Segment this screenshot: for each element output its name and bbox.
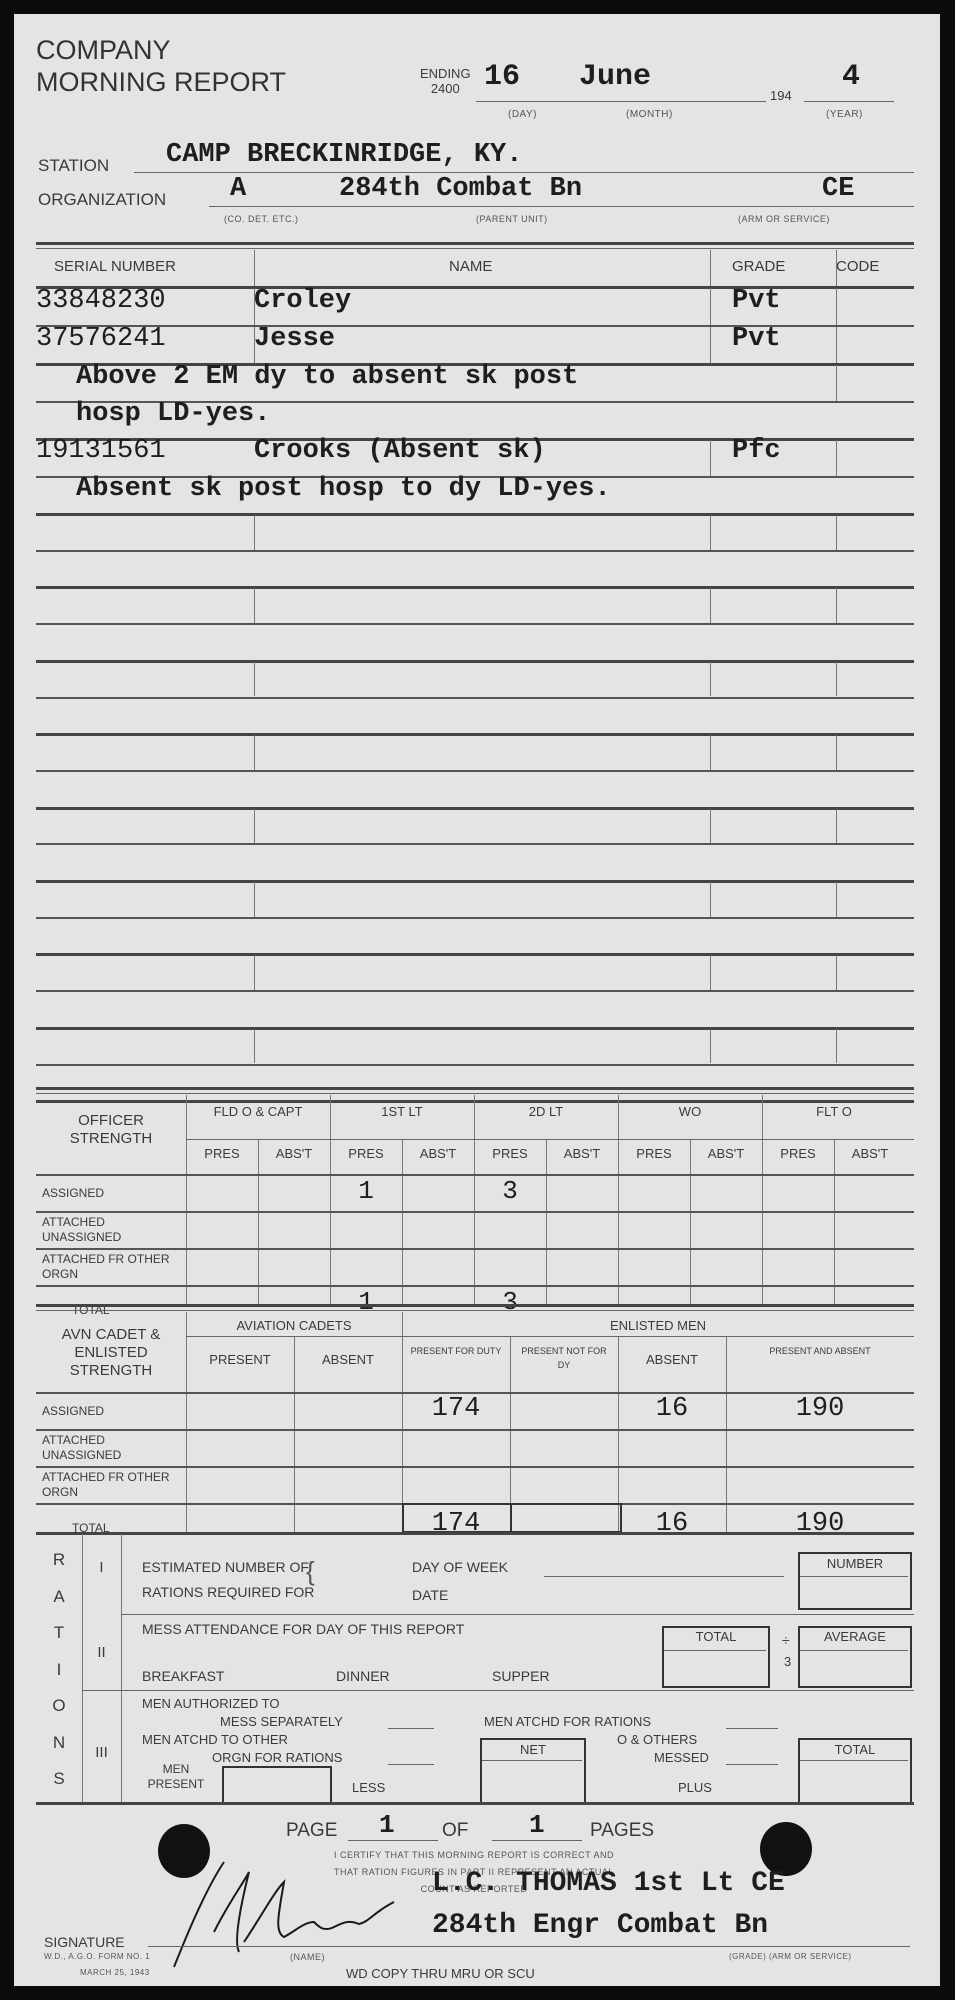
row-line	[36, 1211, 914, 1213]
organization-company: A	[230, 174, 246, 204]
enlisted-cell[interactable]: 174	[402, 1394, 510, 1424]
dinner-label: DINNER	[336, 1668, 390, 1684]
divider	[254, 288, 255, 326]
page-total: 1	[529, 1810, 545, 1840]
box-divider	[664, 1650, 766, 1651]
divider	[834, 1139, 835, 1304]
less-label: LESS	[352, 1780, 385, 1795]
divider	[254, 735, 255, 770]
men-present-box[interactable]	[222, 1766, 332, 1804]
row-line	[36, 953, 914, 956]
divider	[710, 882, 711, 917]
officer-group-0: FLD O & CAPT	[186, 1104, 330, 1119]
row-line	[36, 623, 914, 625]
page-number: 1	[379, 1810, 395, 1840]
divider	[186, 1095, 187, 1304]
rations-letter: T	[36, 1623, 82, 1643]
breakfast-label: BREAKFAST	[142, 1668, 224, 1684]
row3-serial: 19131561	[36, 436, 166, 466]
officer-subheader: ABS'T	[546, 1146, 618, 1161]
divider	[710, 588, 711, 623]
row-line	[36, 1100, 914, 1103]
section-divider	[36, 1093, 914, 1094]
mess-separately-field[interactable]	[388, 1728, 434, 1729]
divider	[836, 1029, 837, 1064]
title-line1: COMPANY	[36, 34, 286, 66]
organization-label: ORGANIZATION	[38, 190, 166, 210]
divider	[510, 1503, 512, 1531]
other-orgn-label1: MEN ATCHD TO OTHER	[142, 1732, 288, 1747]
divider	[836, 515, 837, 550]
enlisted-col-header: PRESENT NOT FOR DY	[510, 1344, 618, 1372]
divider	[690, 1139, 691, 1304]
section-divider	[36, 1532, 914, 1535]
enlisted-row-label: ATTACHED FR OTHER ORGN	[42, 1470, 182, 1500]
row-line	[36, 733, 914, 736]
officer-cell[interactable]: 3	[474, 1287, 546, 1317]
signer-name-grade: L.C. THOMAS 1st Lt CE	[432, 1868, 785, 1899]
page-total-line	[492, 1840, 582, 1841]
row-line	[36, 1466, 914, 1468]
row-line	[36, 550, 914, 552]
total-present-highlight-box	[402, 1503, 622, 1533]
divider	[836, 735, 837, 770]
divider	[254, 327, 255, 364]
divider	[254, 1029, 255, 1064]
enlisted-men-group: ENLISTED MEN	[402, 1318, 914, 1333]
rations-letter: S	[36, 1769, 82, 1789]
enlisted-row-label: ASSIGNED	[42, 1404, 182, 1419]
ending-text: ENDING	[420, 66, 471, 81]
divider	[836, 327, 837, 364]
divisor: 3	[784, 1654, 791, 1669]
part2-text: MESS ATTENDANCE FOR DAY OF THIS REPORT	[142, 1621, 464, 1637]
rations-letter: N	[36, 1733, 82, 1753]
men-present-text2: PRESENT	[126, 1777, 226, 1792]
divider	[710, 1029, 711, 1064]
of-label: OF	[442, 1820, 468, 1842]
year-prefix: 194	[770, 88, 792, 103]
rations-letter: A	[36, 1587, 82, 1607]
divider	[254, 955, 255, 990]
row-line	[36, 1064, 914, 1066]
divider	[121, 1534, 122, 1802]
rations-bottom-border	[36, 1802, 914, 1805]
box-divider	[800, 1576, 908, 1577]
enlisted-col-header: ABSENT	[618, 1352, 726, 1367]
enlisted-strength-title: AVN CADET & ENLISTED STRENGTH	[36, 1326, 186, 1380]
station-value: CAMP BRECKINRIDGE, KY.	[166, 140, 522, 170]
divider	[762, 1095, 763, 1304]
divider	[254, 662, 255, 697]
row-line	[36, 880, 914, 883]
enlisted-cell[interactable]: 16	[618, 1394, 726, 1424]
ending-label: ENDING 2400	[420, 66, 471, 96]
divider	[402, 1139, 403, 1304]
divider	[710, 955, 711, 990]
divider	[836, 662, 837, 697]
divider	[710, 327, 711, 364]
atchd-rations-label: MEN ATCHD FOR RATIONS	[484, 1714, 651, 1729]
divider	[254, 809, 255, 844]
divider	[710, 288, 711, 326]
remark-line3: Absent sk post hosp to dy LD-yes.	[76, 474, 611, 504]
other-orgn-label2: ORGN FOR RATIONS	[212, 1750, 342, 1765]
year-caption: (YEAR)	[826, 109, 863, 120]
divider	[836, 882, 837, 917]
others-label1: O & OTHERS	[617, 1732, 697, 1747]
arm-caption: (ARM OR SERVICE)	[738, 214, 830, 224]
date-line	[476, 101, 766, 102]
row-line	[36, 1429, 914, 1431]
signature-line[interactable]	[148, 1946, 910, 1947]
officer-subheader: ABS'T	[258, 1146, 330, 1161]
other-orgn-field[interactable]	[388, 1764, 434, 1765]
others-messed-field[interactable]	[726, 1764, 778, 1765]
aviation-cadets-group: AVIATION CADETS	[186, 1318, 402, 1333]
men-present-text1: MEN	[126, 1762, 226, 1777]
part-divider	[121, 1614, 914, 1615]
row1-grade: Pvt	[732, 286, 781, 316]
officer-group-4: FLT O	[762, 1104, 906, 1119]
divider	[710, 515, 711, 550]
divider	[836, 365, 837, 401]
section-divider	[36, 1087, 914, 1090]
box-divider	[800, 1760, 908, 1761]
row-line	[36, 843, 914, 845]
supper-label: SUPPER	[492, 1668, 550, 1684]
pages-label: PAGES	[590, 1820, 654, 1842]
organization-arm: CE	[822, 174, 854, 204]
divider	[836, 588, 837, 623]
officer-subheader: ABS'T	[834, 1146, 906, 1161]
divider	[836, 440, 837, 476]
officer-row-label: ATTACHED UNASSIGNED	[42, 1215, 182, 1245]
row-line	[36, 586, 914, 589]
year-line	[804, 101, 894, 102]
row3-name: Crooks (Absent sk)	[254, 436, 546, 466]
company-caption: (CO. DET. ETC.)	[224, 214, 299, 224]
remark-line2: hosp LD-yes.	[76, 399, 270, 429]
col-code: CODE	[836, 258, 879, 275]
enlisted-col-header: PRESENT AND ABSENT	[726, 1344, 914, 1358]
part2-numeral: II	[82, 1644, 121, 1661]
row-line	[36, 513, 914, 516]
divide-icon: ÷	[782, 1632, 790, 1648]
divider	[546, 1139, 547, 1304]
grade-caption: (GRADE) (ARM OR SERVICE)	[729, 1952, 852, 1961]
organization-parent-unit: 284th Combat Bn	[339, 174, 582, 204]
date-label: DATE	[412, 1587, 448, 1603]
officer-subheader: ABS'T	[690, 1146, 762, 1161]
row-line	[36, 917, 914, 919]
row2-grade: Pvt	[732, 324, 781, 354]
report-month: June	[579, 60, 651, 94]
header-divider	[186, 1139, 914, 1140]
divider	[254, 882, 255, 917]
remark-line1: Above 2 EM dy to absent sk post	[76, 362, 578, 392]
report-day: 16	[484, 60, 520, 94]
roster-top-border	[36, 242, 914, 245]
officer-group-1: 1ST LT	[330, 1104, 474, 1119]
report-year: 4	[842, 60, 860, 94]
organization-line	[209, 206, 914, 207]
officer-subheader: PRES	[474, 1146, 546, 1161]
roster-header-line	[36, 286, 914, 289]
col-grade: GRADE	[732, 258, 785, 275]
section-divider	[36, 1310, 914, 1311]
row-line	[36, 697, 914, 699]
row1-name: Croley	[254, 286, 351, 316]
officer-group-3: WO	[618, 1104, 762, 1119]
day-caption: (DAY)	[508, 109, 537, 120]
part1-text2: RATIONS REQUIRED FOR	[142, 1584, 314, 1600]
average-label: AVERAGE	[798, 1629, 912, 1644]
row-line	[36, 660, 914, 663]
divider	[836, 288, 837, 326]
page-number-line	[348, 1840, 438, 1841]
brace-icon: {	[306, 1556, 315, 1587]
plus-label: PLUS	[678, 1780, 712, 1795]
row-line	[36, 1248, 914, 1250]
number-label: NUMBER	[798, 1556, 912, 1571]
enlisted-col-header: PRESENT	[186, 1352, 294, 1367]
auth-label2: MESS SEPARATELY	[220, 1714, 343, 1729]
part3-numeral: III	[82, 1744, 121, 1761]
row-line	[36, 990, 914, 992]
enlisted-cell[interactable]: 190	[726, 1394, 914, 1424]
men-present-label: MEN PRESENT	[126, 1762, 226, 1792]
officer-strength-title: OFFICER STRENGTH	[36, 1112, 186, 1148]
copy-note: WD COPY THRU MRU OR SCU	[346, 1966, 535, 1981]
divider	[710, 250, 711, 286]
part1-numeral: I	[82, 1559, 121, 1576]
divider	[710, 735, 711, 770]
box-divider	[800, 1650, 908, 1651]
part1-text1: ESTIMATED NUMBER OF	[142, 1559, 309, 1575]
col-name: NAME	[449, 258, 492, 275]
ending-time: 2400	[420, 81, 471, 96]
atchd-rations-field[interactable]	[726, 1728, 778, 1729]
divider	[836, 250, 837, 286]
roster-top-border2	[36, 248, 914, 249]
auth-label1: MEN AUTHORIZED TO	[142, 1696, 279, 1711]
divider	[710, 662, 711, 697]
divider	[258, 1139, 259, 1304]
mess-total-label: TOTAL	[662, 1629, 770, 1644]
officer-subheader: ABS'T	[402, 1146, 474, 1161]
box-divider	[482, 1760, 582, 1761]
officer-row-label: ASSIGNED	[42, 1186, 182, 1201]
enlisted-col-header: ABSENT	[294, 1352, 402, 1367]
form-title: COMPANY MORNING REPORT	[36, 34, 286, 98]
row1-serial: 33848230	[36, 286, 166, 316]
row-line	[36, 770, 914, 772]
month-caption: (MONTH)	[626, 109, 673, 120]
divider	[618, 1095, 619, 1304]
officer-subheader: PRES	[618, 1146, 690, 1161]
part-divider	[82, 1690, 914, 1691]
station-label: STATION	[38, 156, 109, 176]
net-label: NET	[480, 1742, 586, 1757]
row-line	[36, 325, 914, 327]
parent-caption: (PARENT UNIT)	[476, 214, 548, 224]
header-divider	[186, 1336, 914, 1337]
officer-subheader: PRES	[762, 1146, 834, 1161]
day-of-week-label: DAY OF WEEK	[412, 1559, 508, 1575]
title-line2: MORNING REPORT	[36, 66, 286, 98]
others-label2: MESSED	[654, 1750, 709, 1765]
officer-subheader: PRES	[186, 1146, 258, 1161]
divider	[254, 250, 255, 286]
page-label: PAGE	[286, 1820, 337, 1842]
rations-letter: I	[36, 1660, 82, 1680]
rations-letter: O	[36, 1696, 82, 1716]
total-label: TOTAL	[798, 1742, 912, 1757]
divider	[836, 955, 837, 990]
form-number: W.D., A.G.O. FORM NO. 1	[44, 1952, 150, 1961]
divider	[710, 809, 711, 844]
day-of-week-field[interactable]	[544, 1576, 784, 1577]
station-line	[134, 172, 914, 173]
divider	[836, 809, 837, 844]
section-divider	[36, 1304, 914, 1307]
name-caption: (NAME)	[290, 1952, 325, 1962]
row3-grade: Pfc	[732, 436, 781, 466]
officer-row-label: ATTACHED FR OTHER ORGN	[42, 1252, 182, 1282]
col-serial-number: SERIAL NUMBER	[54, 258, 176, 275]
row-line	[36, 1027, 914, 1030]
enlisted-row-label: ATTACHED UNASSIGNED	[42, 1433, 182, 1463]
morning-report-form: COMPANY MORNING REPORT ENDING 2400 16 Ju…	[14, 14, 940, 1986]
divider	[254, 515, 255, 550]
officer-cell[interactable]: 1	[330, 1287, 402, 1317]
divider	[710, 440, 711, 476]
form-date: MARCH 25, 1943	[80, 1968, 150, 1977]
divider	[186, 1312, 187, 1532]
officer-cell[interactable]: 1	[330, 1176, 402, 1206]
officer-subheader: PRES	[330, 1146, 402, 1161]
divider	[254, 588, 255, 623]
officer-cell[interactable]: 3	[474, 1176, 546, 1206]
row2-name: Jesse	[254, 324, 335, 354]
rations-letter: R	[36, 1550, 82, 1570]
row-line	[36, 807, 914, 810]
signer-unit: 284th Engr Combat Bn	[432, 1910, 768, 1941]
enlisted-col-header: PRESENT FOR DUTY	[402, 1344, 510, 1358]
officer-group-2: 2D LT	[474, 1104, 618, 1119]
row2-serial: 37576241	[36, 324, 166, 354]
signature-label: SIGNATURE	[44, 1934, 125, 1950]
